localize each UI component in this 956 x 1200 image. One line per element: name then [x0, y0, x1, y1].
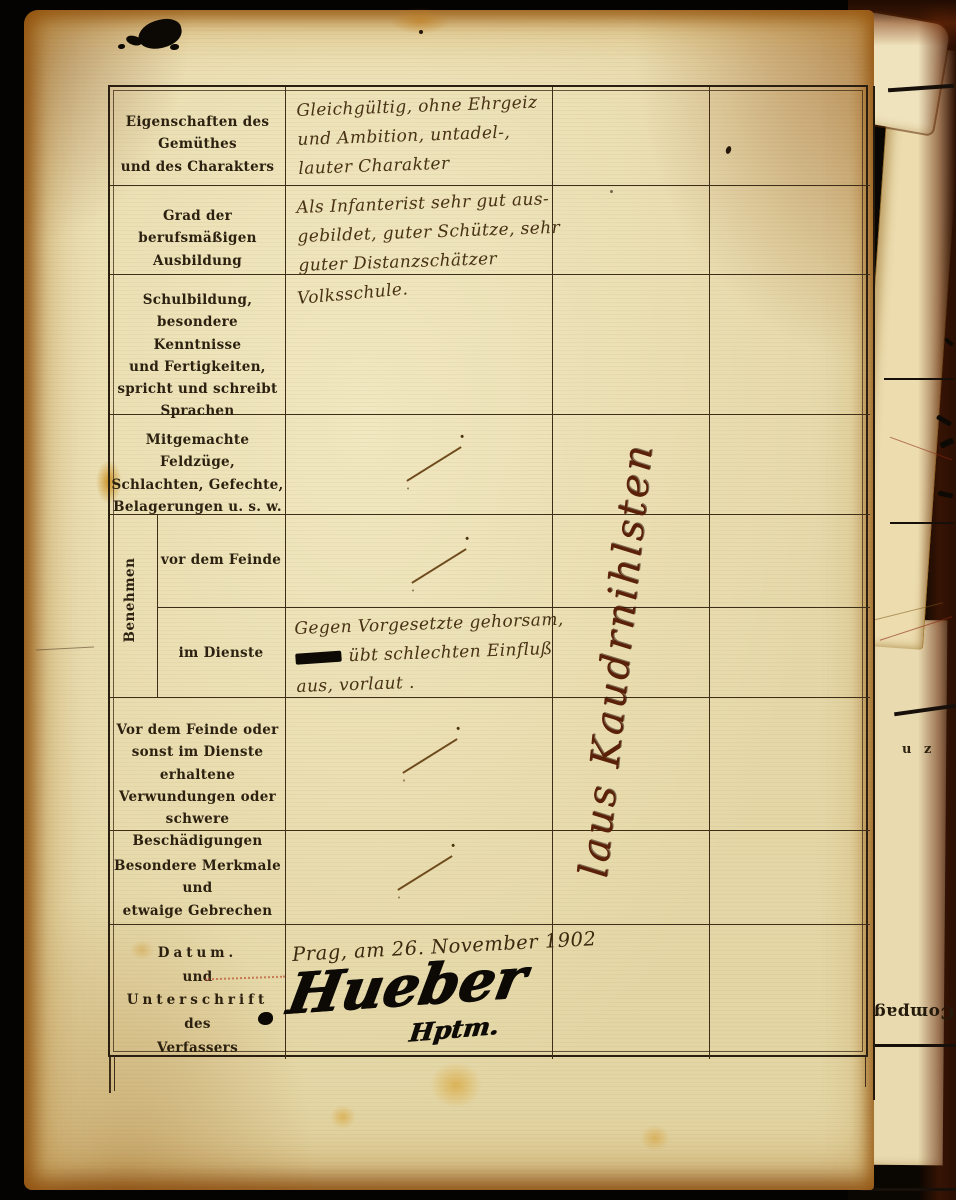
label-line: Verfassers — [110, 1037, 285, 1061]
column-divider — [285, 87, 286, 1059]
row-label-vor-dem-feinde: vor dem Feinde — [157, 549, 285, 571]
benehmen-subcolumn-divider — [157, 514, 158, 697]
entry-im-dienste: Gegen Vorgesetzte gehorsam, übt schlecht… — [294, 606, 566, 703]
label-line: und Fertigkeiten, — [110, 356, 285, 378]
label-line: Schulbildung, besondere — [110, 289, 285, 334]
label-line: Belagerungen u. s. w. — [110, 496, 285, 518]
label-line: Eigenschaften des Gemüthes — [110, 111, 285, 156]
label-line: Beschädigungen — [110, 830, 285, 852]
label-line: Mitgemachte Feldzüge, — [110, 429, 285, 474]
column-divider — [709, 87, 710, 1059]
row-divider — [110, 185, 870, 186]
qualification-form-table: Eigenschaften des Gemüthes und des Chara… — [108, 85, 868, 1057]
label-line: vor dem Feinde — [157, 549, 285, 571]
speck — [419, 30, 423, 34]
label-line: Besondere Merkmale und — [110, 855, 285, 900]
underlying-table-line — [890, 522, 954, 524]
slash-mark-feldzuege — [406, 446, 461, 482]
label-line: Verwundungen oder schwere — [110, 786, 285, 831]
row-label-verwundungen: Vor dem Feinde oder sonst im Dienste erh… — [110, 719, 285, 853]
frame-stub — [865, 1057, 866, 1087]
entry-eigenschaften: Gleichgültig, ohne Ehrgeiz und Ambition,… — [296, 89, 540, 185]
label-line: Unterschrift — [110, 989, 285, 1013]
page-edge-line — [873, 86, 875, 1100]
label-line: Sprachen — [110, 400, 285, 422]
frame-stub — [109, 1057, 111, 1093]
label-line: Kenntnisse — [110, 334, 285, 356]
slash-mark-verwundungen — [402, 738, 457, 774]
row-label-im-dienste: im Dienste — [157, 642, 285, 664]
row-label-schulbildung: Schulbildung, besondere Kenntnisse und F… — [110, 289, 285, 423]
ink-blot — [258, 1012, 273, 1025]
row-label-feldzuege: Mitgemachte Feldzüge, Schlachten, Gefech… — [110, 429, 285, 518]
label-line: Vor dem Feinde oder — [110, 719, 285, 741]
handwriting-segment: übt schlechten Einfluß — [348, 639, 553, 666]
slash-mark-merkmale — [397, 855, 452, 891]
label-line: Grad der berufsmäßigen — [110, 205, 285, 250]
redaction-mark — [295, 651, 342, 665]
label-line: Ausbildung — [110, 250, 285, 272]
row-divider — [110, 697, 870, 698]
row-group-label-benehmen: Benehmen — [122, 550, 138, 650]
label-line: und des Charakters — [110, 156, 285, 178]
row-label-ausbildung: Grad der berufsmäßigen Ausbildung — [110, 205, 285, 272]
underlying-table-line — [860, 1188, 956, 1191]
ink-blot — [118, 44, 125, 49]
label-line: etwaige Gebrechen — [110, 900, 285, 922]
scanned-document-page: u z Compagni — [0, 0, 956, 1200]
label-line: im Dienste — [157, 642, 285, 664]
underlying-text-fragment: u z — [902, 742, 935, 757]
label-line: Datum. — [110, 942, 285, 966]
slash-mark-vor-dem-feinde — [411, 548, 466, 584]
row-label-merkmale: Besondere Merkmale und etwaige Gebrechen — [110, 855, 285, 922]
row-label-datum-unterschrift: Datum. und Unterschrift des Verfassers — [110, 942, 285, 1060]
entry-ausbildung: Als Infanterist sehr gut aus- gebildet, … — [296, 185, 562, 282]
underlying-table-line — [884, 378, 954, 380]
label-line: spricht und schreibt — [110, 378, 285, 400]
label-line: Schlachten, Gefechte, — [110, 474, 285, 496]
frame-stub — [114, 1057, 115, 1091]
ink-blot — [170, 44, 179, 50]
label-line: sonst im Dienste erhaltene — [110, 741, 285, 786]
row-label-eigenschaften: Eigenschaften des Gemüthes und des Chara… — [110, 111, 285, 178]
row-divider — [110, 924, 870, 925]
